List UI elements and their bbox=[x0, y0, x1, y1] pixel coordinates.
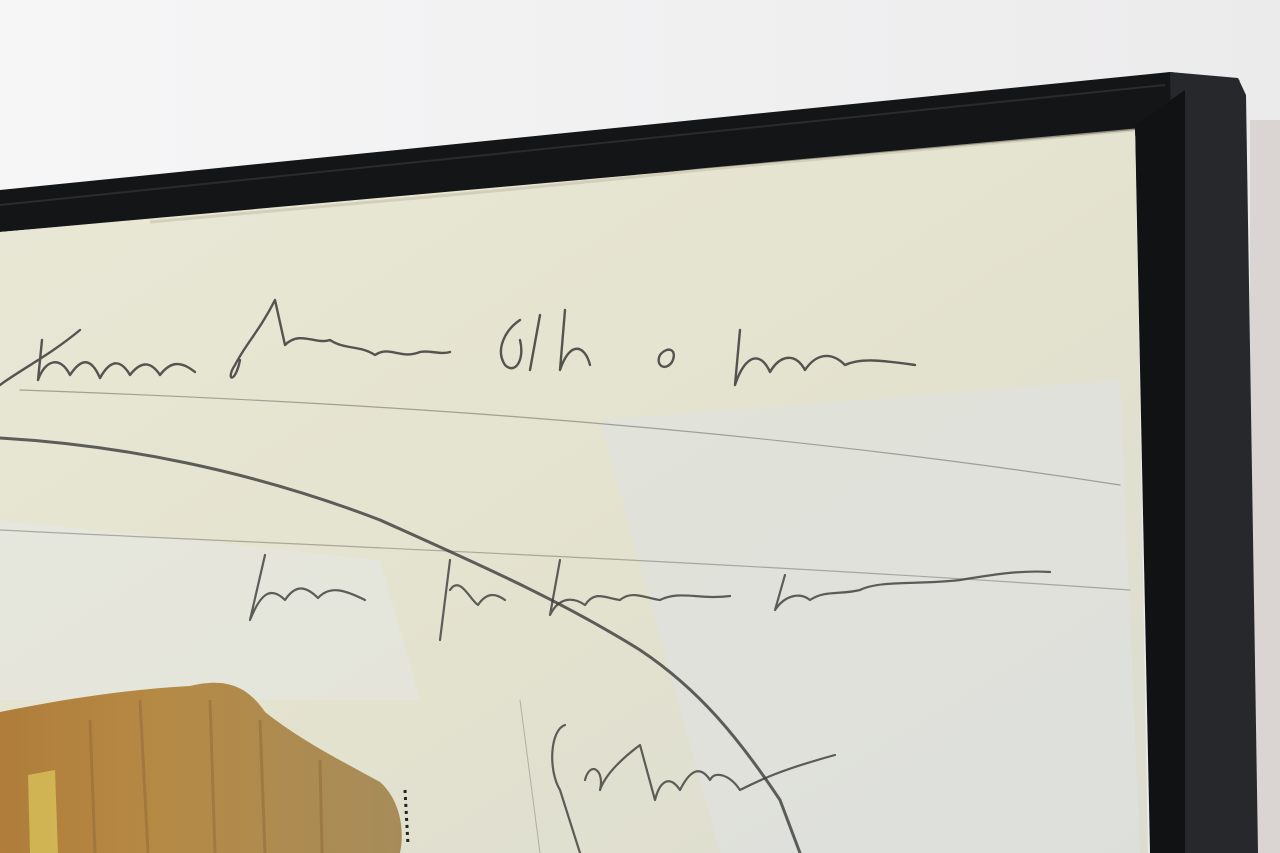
yellow-accent bbox=[28, 770, 58, 853]
framed-painting-photo bbox=[0, 0, 1280, 853]
photo-scene bbox=[0, 0, 1280, 853]
